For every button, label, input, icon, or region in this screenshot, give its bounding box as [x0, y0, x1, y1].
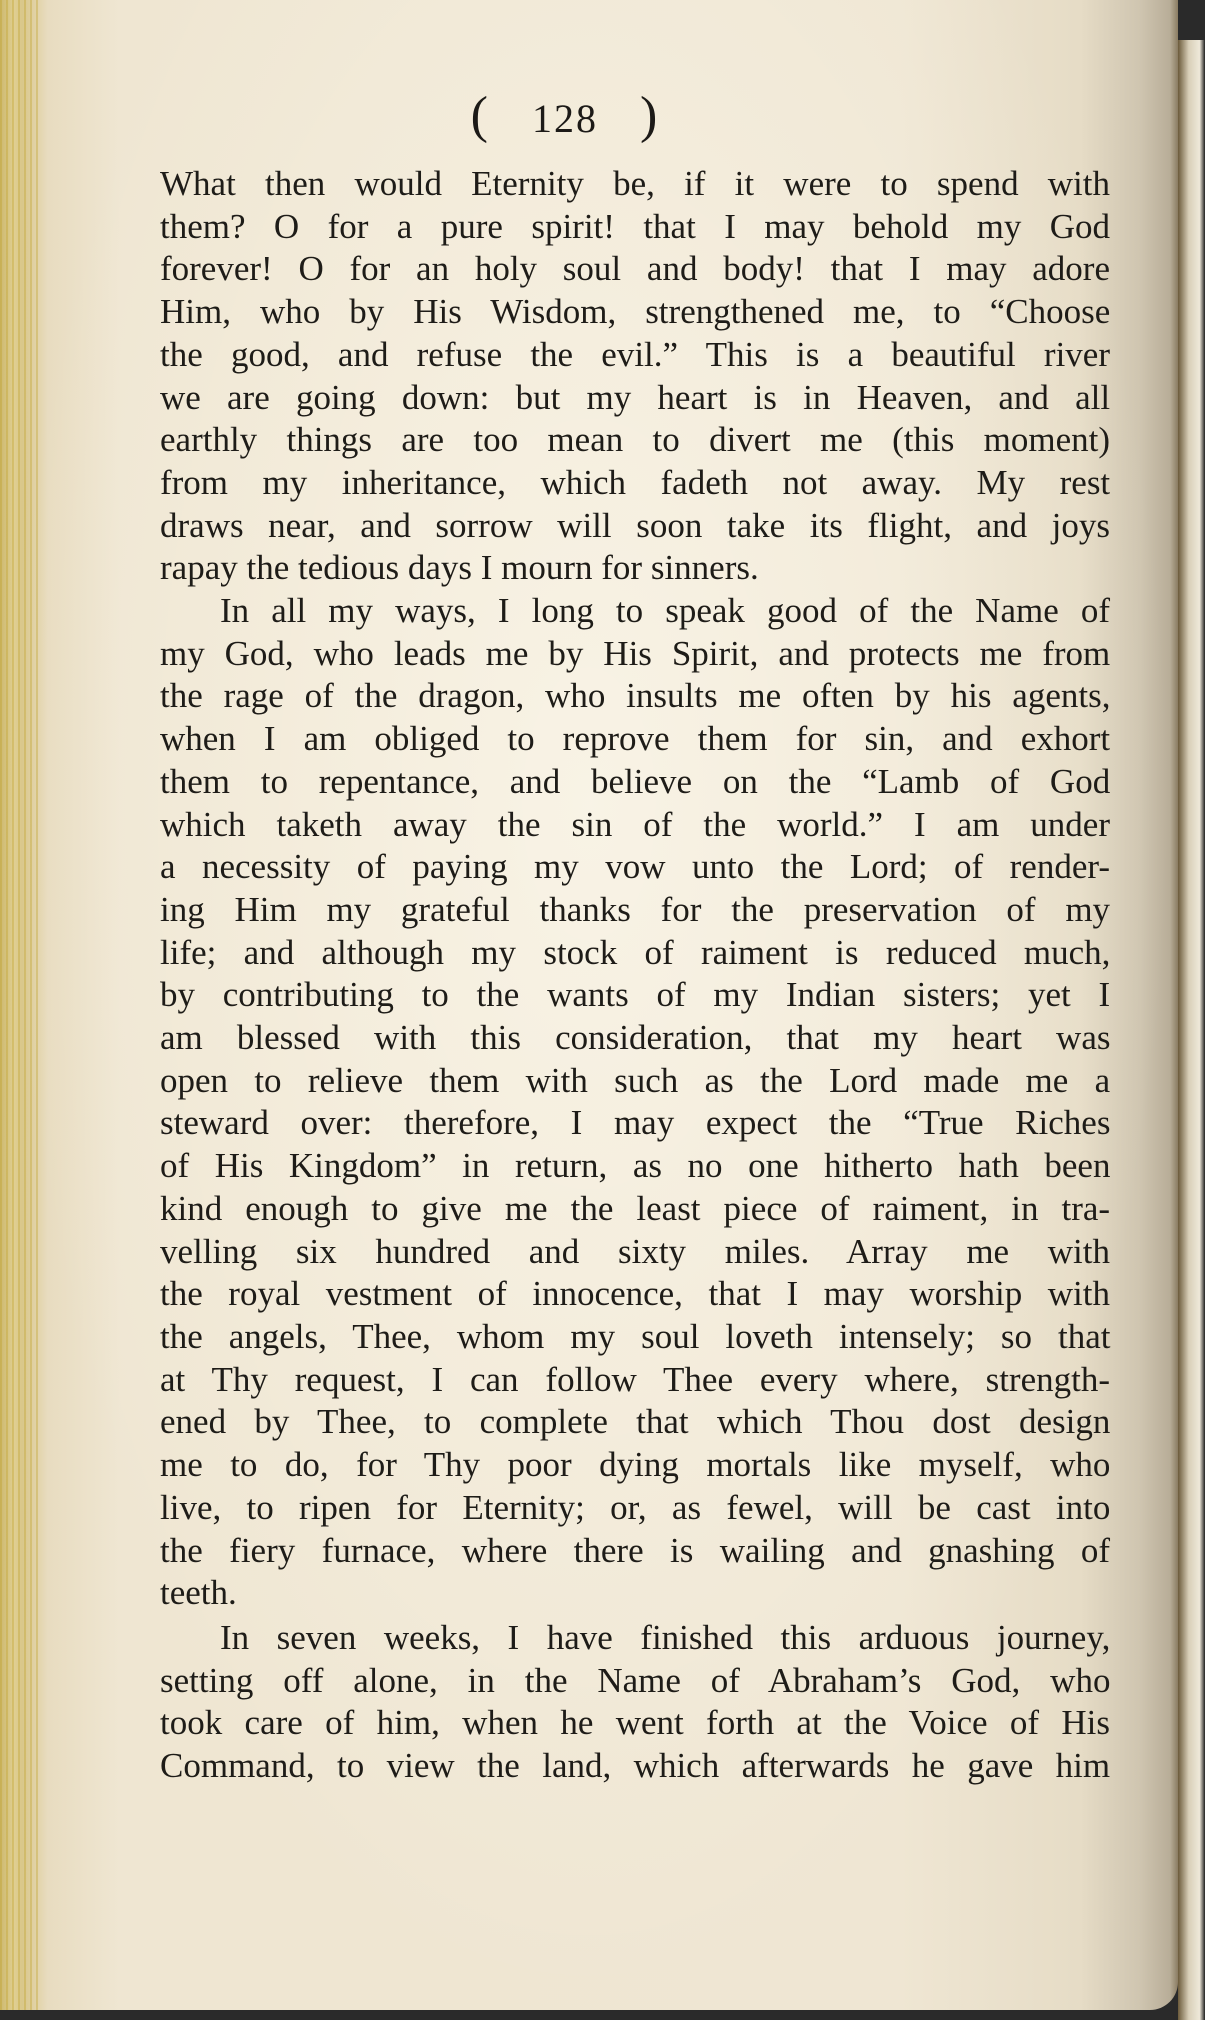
text-line: them? O for a pure spirit! that I may be…: [160, 206, 1110, 249]
text-line: Command, to view the land, which afterwa…: [160, 1745, 1110, 1788]
text-line: the royal vestment of innocence, that I …: [160, 1273, 1110, 1316]
text-line: draws near, and sorrow will soon take it…: [160, 505, 1110, 548]
text-line: teeth.: [160, 1572, 1110, 1615]
text-line: at Thy request, I can follow Thee every …: [160, 1359, 1110, 1402]
page-number-paren-open: (: [471, 87, 490, 144]
text-line: which taketh away the sin of the world.”…: [160, 804, 1110, 847]
text-line: setting off alone, in the Name of Abraha…: [160, 1660, 1110, 1703]
text-line: the fiery furnace, where there is wailin…: [160, 1530, 1110, 1573]
text-line: In seven weeks, I have finished this ard…: [160, 1617, 1110, 1660]
text-line: live, to ripen for Eternity; or, as fewe…: [160, 1487, 1110, 1530]
text-line: kind enough to give me the least piece o…: [160, 1188, 1110, 1231]
text-line: the rage of the dragon, who insults me o…: [160, 675, 1110, 718]
text-line: them to repentance, and believe on the “…: [160, 761, 1110, 804]
text-line: took care of him, when he went forth at …: [160, 1702, 1110, 1745]
text-line: from my inheritance, which fadeth not aw…: [160, 462, 1110, 505]
page-number-header: ( 128 ): [0, 86, 1130, 145]
text-line: me to do, for Thy poor dying mortals lik…: [160, 1444, 1110, 1487]
book-page: ( 128 ) What then would Eternity be, if …: [0, 0, 1178, 2010]
text-line: am blessed with this consideration, that…: [160, 1017, 1110, 1060]
text-line: the angels, Thee, whom my soul loveth in…: [160, 1316, 1110, 1359]
page-gutter-edge: [0, 0, 40, 2010]
page-number: 128: [532, 96, 598, 141]
body-text: What then would Eternity be, if it were …: [160, 163, 1110, 1788]
text-line: In all my ways, I long to speak good of …: [160, 590, 1110, 633]
text-line: of His Kingdom” in return, as no one hit…: [160, 1145, 1110, 1188]
page-fore-edge: [1178, 40, 1205, 2020]
text-line: open to relieve them with such as the Lo…: [160, 1060, 1110, 1103]
text-line: What then would Eternity be, if it were …: [160, 163, 1110, 206]
text-line: earthly things are too mean to divert me…: [160, 419, 1110, 462]
text-line: velling six hundred and sixty miles. Arr…: [160, 1231, 1110, 1274]
text-line: we are going down: but my heart is in He…: [160, 377, 1110, 420]
paragraph: In all my ways, I long to speak good of …: [160, 590, 1110, 1615]
text-line: life; and although my stock of raiment i…: [160, 932, 1110, 975]
paragraph: In seven weeks, I have finished this ard…: [160, 1617, 1110, 1788]
text-line: steward over: therefore, I may expect th…: [160, 1102, 1110, 1145]
text-line: by contributing to the wants of my India…: [160, 974, 1110, 1017]
page-number-paren-close: ): [640, 87, 659, 144]
text-line: ing Him my grateful thanks for the prese…: [160, 889, 1110, 932]
text-line: forever! O for an holy soul and body! th…: [160, 248, 1110, 291]
text-line: rapay the tedious days I mourn for sinne…: [160, 547, 1110, 590]
text-line: Him, who by His Wisdom, strengthened me,…: [160, 291, 1110, 334]
text-line: my God, who leads me by His Spirit, and …: [160, 633, 1110, 676]
paragraph: What then would Eternity be, if it were …: [160, 163, 1110, 590]
text-line: when I am obliged to reprove them for si…: [160, 718, 1110, 761]
text-line: ened by Thee, to complete that which Tho…: [160, 1401, 1110, 1444]
text-line: a necessity of paying my vow unto the Lo…: [160, 846, 1110, 889]
text-line: the good, and refuse the evil.” This is …: [160, 334, 1110, 377]
